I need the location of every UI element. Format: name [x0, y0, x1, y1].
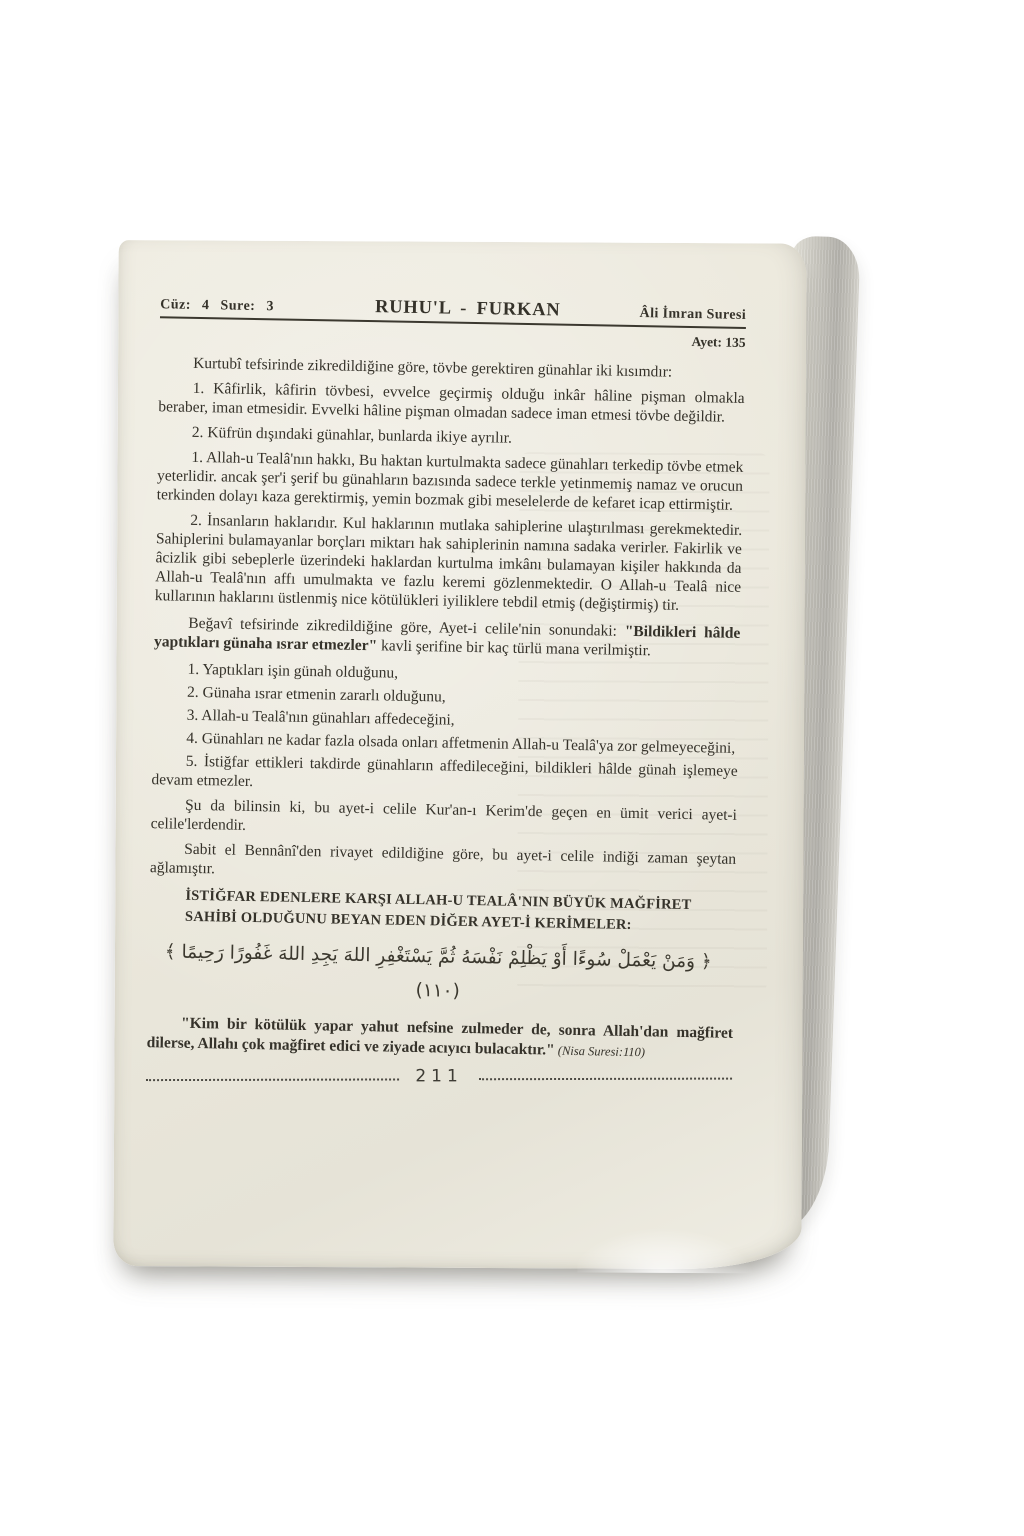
- paragraph-kafirlik: 1. Kâfirlik, kâfirin tövbesi, evvelce ge…: [158, 378, 745, 427]
- paragraph-umit-verici: Şu da bilinsin ki, bu ayet-i celile Kur'…: [151, 795, 738, 844]
- quote-bold-text: "Kim bir kötülük yapar yahut nefsine zul…: [147, 1015, 734, 1058]
- page-corner-curl: [577, 1220, 767, 1273]
- section-heading-istigfar: İSTİĞFAR EDENLERE KARŞI ALLAH-U TEALÂ'NI…: [185, 886, 736, 938]
- footer-dotted-leader-right: [479, 1078, 732, 1081]
- paragraph-kurtubi-intro: Kurtubî tefsirinde zikredildiğine göre, …: [159, 353, 745, 383]
- paragraph-translation-quote: "Kim bir kötülük yapar yahut nefsine zul…: [147, 1013, 734, 1064]
- header-juz-sure: Cüz: 4 Sure: 3: [160, 295, 274, 316]
- page-footer: 211: [146, 1068, 732, 1087]
- paragraph-kufrun-disindaki: 2. Küfrün dışındaki günahlar, bunlarda i…: [158, 422, 744, 452]
- paragraph-begavi: Beğavî tefsirinde zikredildiğine göre, A…: [154, 613, 741, 662]
- list-item-5: 5. İstiğfar ettikleri takdirde günahları…: [151, 751, 738, 800]
- paragraph-allah-hakki: 1. Allah-u Tealâ'nın hakkı, Bu haktan ku…: [157, 447, 744, 515]
- page-number: 211: [415, 1068, 462, 1085]
- header-sure-name: Âli İmran Suresi: [639, 304, 746, 325]
- paragraph-sabit-bennani: Sabit el Bennânî'den rivayet edildiğine …: [150, 839, 737, 888]
- quote-reference: (Nisa Suresi:110): [555, 1043, 646, 1059]
- footer-dotted-leader-left: [146, 1078, 399, 1081]
- paragraph-insan-haklari: 2. İnsanların haklarıdır. Kul haklarının…: [155, 510, 743, 616]
- header-book-title: RUHU'L - FURKAN: [375, 298, 561, 320]
- photo-canvas: Cüz: 4 Sure: 3 RUHU'L - FURKAN Âli İmran…: [0, 0, 1024, 1536]
- arabic-verse-nisa-110: ﴿ وَمَنْ يَعْمَلْ سُوءًا أَوْ يَظْلِمْ ن…: [147, 935, 728, 1014]
- book-page: Cüz: 4 Sure: 3 RUHU'L - FURKAN Âli İmran…: [113, 240, 806, 1270]
- begavi-post-text: kavli şerifine bir kaç türlü mana verilm…: [377, 637, 651, 659]
- book: Cüz: 4 Sure: 3 RUHU'L - FURKAN Âli İmran…: [113, 232, 878, 1280]
- page-content: Cüz: 4 Sure: 3 RUHU'L - FURKAN Âli İmran…: [146, 294, 746, 1097]
